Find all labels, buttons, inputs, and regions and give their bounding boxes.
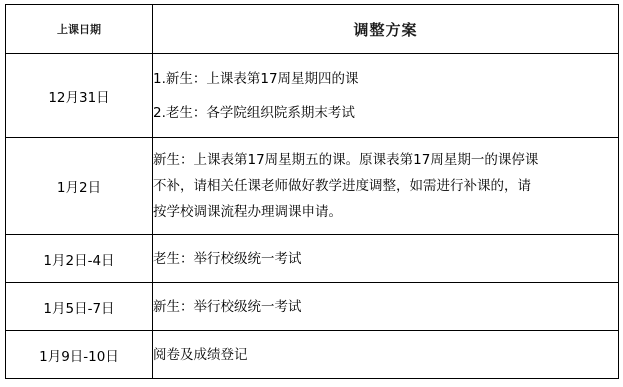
- plan-line: 阅卷及成绩登记: [153, 342, 618, 368]
- plan-line: 1.新生：上课表第17周星期四的课: [153, 66, 618, 92]
- plan-line: 老生：举行校级统一考试: [153, 246, 618, 272]
- table-row: 1月2日 新生：上课表第17周星期五的课。原课表第17周星期一的课停课 不补，请…: [6, 138, 619, 235]
- row-date: 1月2日-4日: [6, 235, 153, 283]
- row-date: 1月9日-10日: [6, 331, 153, 379]
- row-date: 1月2日: [6, 138, 153, 235]
- header-plan: 调整方案: [153, 5, 619, 54]
- plan-line: 2.老生：各学院组织院系期末考试: [153, 100, 618, 126]
- row-date: 12月31日: [6, 54, 153, 138]
- row-date: 1月5日-7日: [6, 283, 153, 331]
- table-row: 12月31日 1.新生：上课表第17周星期四的课 2.老生：各学院组织院系期末考…: [6, 54, 619, 138]
- table-header-row: 上课日期 调整方案: [6, 5, 619, 54]
- row-plan: 老生：举行校级统一考试: [153, 235, 619, 283]
- schedule-adjustment-table: 上课日期 调整方案 12月31日 1.新生：上课表第17周星期四的课 2.老生：…: [5, 4, 619, 379]
- table-row: 1月2日-4日 老生：举行校级统一考试: [6, 235, 619, 283]
- row-plan: 1.新生：上课表第17周星期四的课 2.老生：各学院组织院系期末考试: [153, 54, 619, 138]
- plan-line: 按学校调课流程办理调课申请。: [153, 199, 618, 225]
- row-plan: 阅卷及成绩登记: [153, 331, 619, 379]
- row-plan: 新生：上课表第17周星期五的课。原课表第17周星期一的课停课 不补，请相关任课老…: [153, 138, 619, 235]
- table-row: 1月9日-10日 阅卷及成绩登记: [6, 331, 619, 379]
- plan-line: 不补，请相关任课老师做好教学进度调整，如需进行补课的，请: [153, 173, 618, 199]
- plan-line: 新生：上课表第17周星期五的课。原课表第17周星期一的课停课: [153, 147, 618, 173]
- plan-line: 新生：举行校级统一考试: [153, 294, 618, 320]
- table-row: 1月5日-7日 新生：举行校级统一考试: [6, 283, 619, 331]
- header-date: 上课日期: [6, 5, 153, 54]
- row-plan: 新生：举行校级统一考试: [153, 283, 619, 331]
